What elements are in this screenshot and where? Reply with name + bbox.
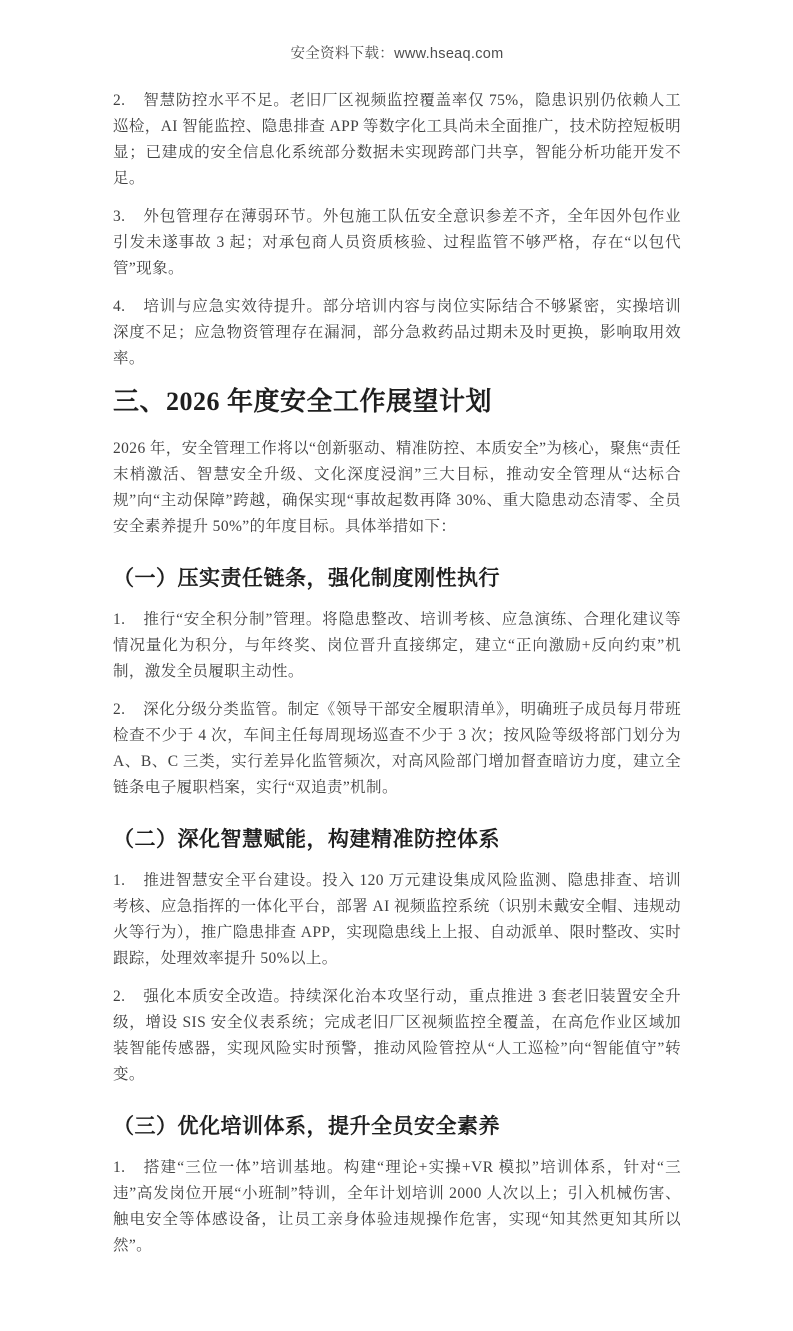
numbered-paragraph: 2.深化分级分类监管。制定《领导干部安全履职清单》，明确班子成员每月带班检查不少… <box>113 697 681 801</box>
paragraph-text: 搭建“三位一体”培训基地。构建“理论+实操+VR 模拟”培训体系，针对“三违”高… <box>113 1159 681 1254</box>
paragraph-text: 外包管理存在薄弱环节。外包施工队伍安全意识参差不齐，全年因外包作业引发未遂事故 … <box>113 208 681 277</box>
numbered-paragraph: 1.搭建“三位一体”培训基地。构建“理论+实操+VR 模拟”培训体系，针对“三违… <box>113 1155 681 1259</box>
paragraph-number: 1. <box>113 868 143 894</box>
paragraph-number: 1. <box>113 1155 143 1181</box>
paragraph-number: 1. <box>113 607 143 633</box>
header-label: 安全资料下载： <box>290 46 394 62</box>
numbered-paragraph: 4.培训与应急实效待提升。部分培训内容与岗位实际结合不够紧密，实操培训深度不足；… <box>113 294 681 372</box>
subsection-heading-3: （三）优化培训体系，提升全员安全素养 <box>113 1112 681 1140</box>
section-heading: 三、2026 年度安全工作展望计划 <box>113 384 681 420</box>
header-url: www.hseaq.com <box>394 46 503 62</box>
document-body: 2.智慧防控水平不足。老旧厂区视频监控覆盖率仅 75%，隐患识别仍依赖人工巡检，… <box>113 88 681 1259</box>
page-header: 安全资料下载：www.hseaq.com <box>113 44 681 64</box>
paragraph-text: 智慧防控水平不足。老旧厂区视频监控覆盖率仅 75%，隐患识别仍依赖人工巡检，AI… <box>113 92 681 187</box>
paragraph-number: 4. <box>113 294 143 320</box>
subsection-heading-1: （一）压实责任链条，强化制度刚性执行 <box>113 564 681 592</box>
numbered-paragraph: 3.外包管理存在薄弱环节。外包施工队伍安全意识参差不齐，全年因外包作业引发未遂事… <box>113 204 681 282</box>
numbered-paragraph: 2.强化本质安全改造。持续深化治本攻坚行动，重点推进 3 套老旧装置安全升级，增… <box>113 984 681 1088</box>
paragraph-number: 2. <box>113 88 143 114</box>
paragraph-text: 培训与应急实效待提升。部分培训内容与岗位实际结合不够紧密，实操培训深度不足；应急… <box>113 298 681 367</box>
section-intro: 2026 年，安全管理工作将以“创新驱动、精准防控、本质安全”为核心，聚焦“责任… <box>113 436 681 540</box>
subsection-heading-2: （二）深化智慧赋能，构建精准防控体系 <box>113 825 681 853</box>
paragraph-text: 推进智慧安全平台建设。投入 120 万元建设集成风险监测、隐患排查、培训考核、应… <box>113 872 681 967</box>
paragraph-number: 2. <box>113 697 143 723</box>
paragraph-text: 推行“安全积分制”管理。将隐患整改、培训考核、应急演练、合理化建议等情况量化为积… <box>113 611 681 680</box>
document-page: 安全资料下载：www.hseaq.com 2.智慧防控水平不足。老旧厂区视频监控… <box>0 0 793 1331</box>
paragraph-number: 3. <box>113 204 143 230</box>
numbered-paragraph: 2.智慧防控水平不足。老旧厂区视频监控覆盖率仅 75%，隐患识别仍依赖人工巡检，… <box>113 88 681 192</box>
paragraph-text: 深化分级分类监管。制定《领导干部安全履职清单》，明确班子成员每月带班检查不少于 … <box>113 701 681 796</box>
paragraph-number: 2. <box>113 984 143 1010</box>
numbered-paragraph: 1.推行“安全积分制”管理。将隐患整改、培训考核、应急演练、合理化建议等情况量化… <box>113 607 681 685</box>
numbered-paragraph: 1.推进智慧安全平台建设。投入 120 万元建设集成风险监测、隐患排查、培训考核… <box>113 868 681 972</box>
paragraph-text: 强化本质安全改造。持续深化治本攻坚行动，重点推进 3 套老旧装置安全升级，增设 … <box>113 988 681 1083</box>
